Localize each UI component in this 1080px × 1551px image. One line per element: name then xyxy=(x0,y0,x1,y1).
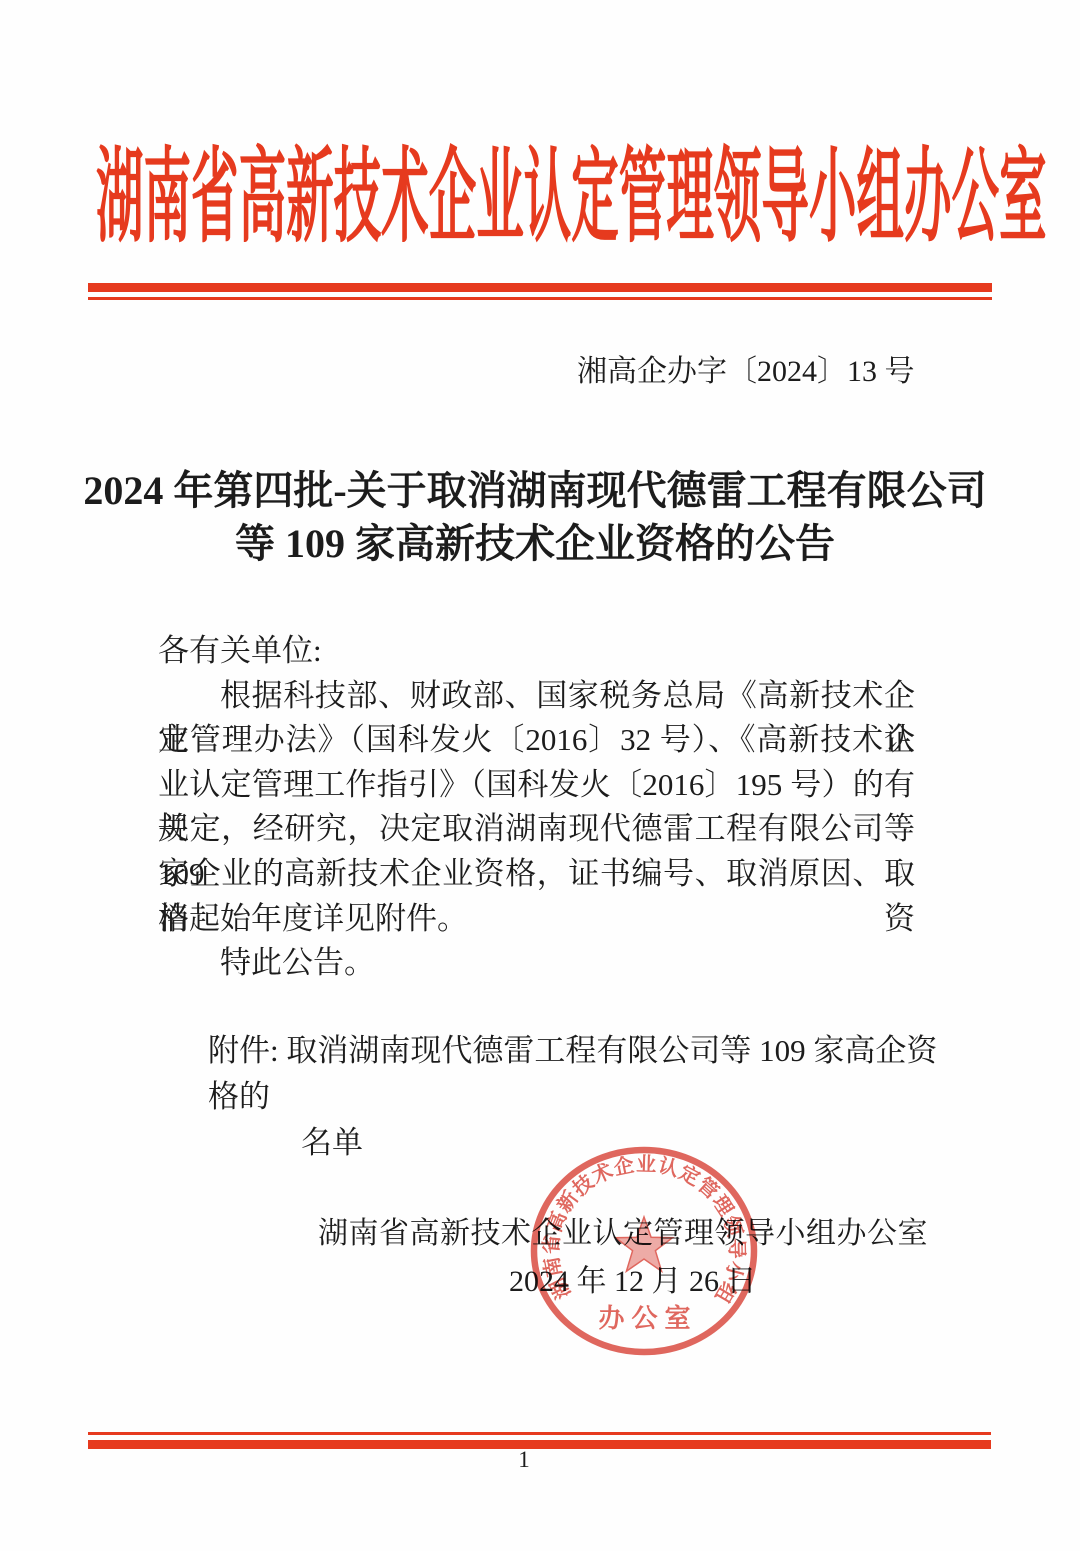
seal-star-icon xyxy=(616,1217,673,1271)
footer-thin-rule xyxy=(88,1432,991,1435)
body-salutation: 各有关单位: xyxy=(158,629,915,674)
document-title: 2024 年第四批-关于取消湖南现代德雷工程有限公司 等 109 家高新技术企业… xyxy=(75,464,995,570)
scanned-official-document: 湖南省高新技术企业认定管理领导小组办公室 湘高企办字〔2024〕13 号 202… xyxy=(0,0,1080,1551)
letterhead-agency-title: 湖南省高新技术企业认定管理领导小组办公室 xyxy=(96,146,1047,249)
document-title-line2: 等 109 家高新技术企业资格的公告 xyxy=(75,517,995,570)
official-seal: 湖南省高新技术企业认定管理领导小组 办公室 xyxy=(527,1143,761,1361)
body-line: 业认定管理工作指引》（国科发火〔2016〕195 号）的有关 xyxy=(158,763,915,808)
page-number: 1 xyxy=(0,1447,1048,1473)
body-line: 根据科技部、财政部、国家税务总局《高新技术企业认 xyxy=(158,674,915,719)
document-title-line1: 2024 年第四批-关于取消湖南现代德雷工程有限公司 xyxy=(75,464,995,517)
body-line: 定管理办法》（国科发火〔2016〕32 号）、《高新技术企 xyxy=(158,718,915,763)
body-line: 规定，经研究，决定取消湖南现代德雷工程有限公司等 109 xyxy=(158,807,915,852)
attachment-line1: 附件: 取消湖南现代德雷工程有限公司等 109 家高企资格的 xyxy=(158,1028,938,1120)
letterhead-thin-rule xyxy=(88,297,992,300)
body-line: 家企业的高新技术企业资格，证书编号、取消原因、取消资 xyxy=(158,852,915,897)
body-text: 各有关单位: 根据科技部、财政部、国家税务总局《高新技术企业认 定管理办法》（国… xyxy=(158,629,915,986)
body-closing: 特此公告。 xyxy=(158,941,915,986)
document-number: 湘高企办字〔2024〕13 号 xyxy=(577,346,915,390)
seal-bottom-text: 办公室 xyxy=(598,1304,697,1333)
letterhead-thick-rule xyxy=(88,283,992,292)
